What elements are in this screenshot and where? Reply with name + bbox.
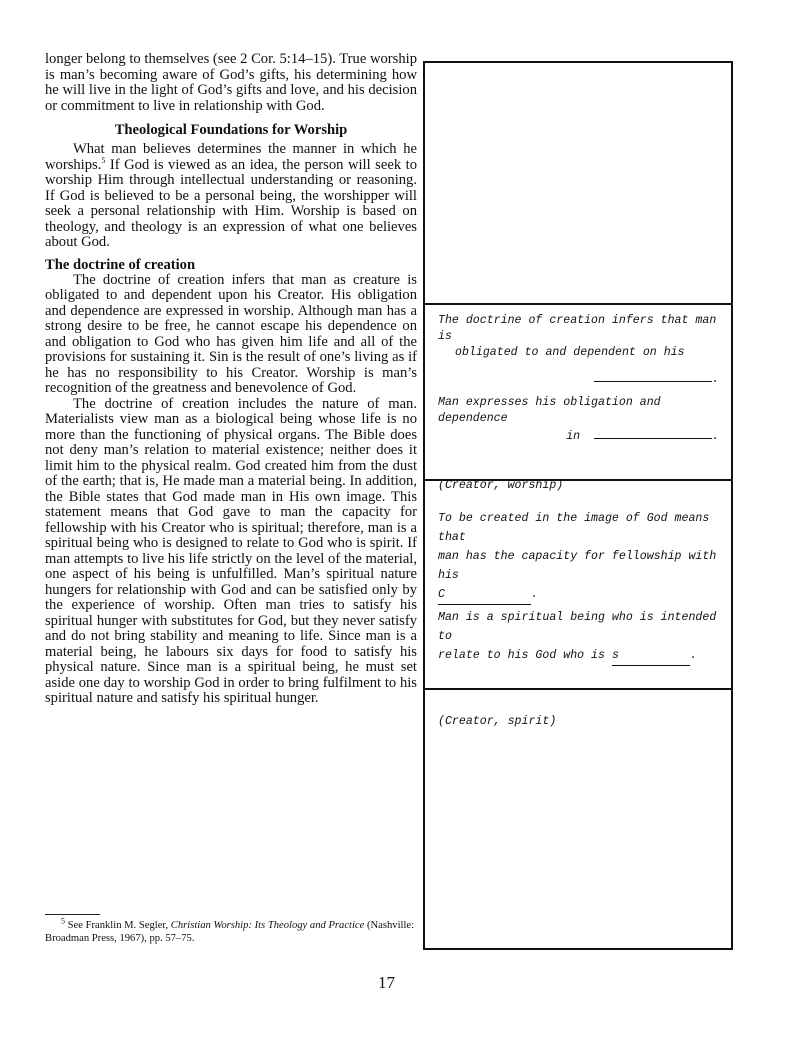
intro-paragraph: longer belong to themselves (see 2 Cor. … (45, 52, 417, 114)
creation-paragraph-1: The doctrine of creation infers that man… (45, 273, 417, 397)
frame-cell-empty-bottom (425, 688, 731, 948)
frame1-question1-line2: obligated to and dependent on his (438, 345, 723, 361)
footnote-text-before: See Franklin M. Segler, (65, 920, 171, 931)
frame-cell-empty-top (425, 63, 731, 303)
frame1-question1-line1: The doctrine of creation infers that man… (438, 313, 723, 345)
frame2-question2-line1: Man is a spiritual being who is intended… (438, 608, 723, 646)
frame2-question1-line2: man has the capacity for fellowship with… (438, 547, 723, 585)
frame1-question2-answer-row: in . (438, 427, 723, 445)
frame1-question2-line1: Man expresses his obligation and depende… (438, 395, 723, 427)
creation-paragraph-2: The doctrine of creation includes the na… (45, 397, 417, 707)
frame-cell-image-of-god-questions: To be created in the image of God means … (425, 479, 731, 690)
footnote-divider (45, 914, 100, 915)
frame2-question1-answer-row: C. (438, 585, 723, 605)
main-text-column: longer belong to themselves (see 2 Cor. … (45, 52, 417, 707)
page-number: 17 (378, 973, 395, 993)
frame1-answer-blank-2[interactable] (594, 427, 712, 439)
section-heading: Theological Foundations for Worship (45, 122, 417, 138)
foundations-paragraph: What man believes determines the manner … (45, 142, 417, 251)
footnote-book-title: Christian Worship: Its Theology and Prac… (171, 920, 365, 931)
frame1-question1-answer-row: . (438, 370, 723, 388)
subheading-doctrine-of-creation: The doctrine of creation (45, 257, 417, 273)
frame2-answer-blank-2[interactable]: s (612, 646, 690, 666)
frame2-question1-line1: To be created in the image of God means … (438, 509, 723, 547)
document-page: longer belong to themselves (see 2 Cor. … (0, 0, 799, 1060)
programmed-learning-frame: The doctrine of creation infers that man… (423, 61, 733, 950)
frame2-question2-line2: relate to his God who is s. (438, 646, 723, 666)
frame1-answer-blank-1[interactable] (594, 370, 712, 382)
frame2-answer-blank-1[interactable]: C (438, 585, 531, 605)
frame-cell-creation-questions: The doctrine of creation infers that man… (425, 303, 731, 481)
footnote: 5 See Franklin M. Segler, Christian Wors… (45, 920, 417, 945)
